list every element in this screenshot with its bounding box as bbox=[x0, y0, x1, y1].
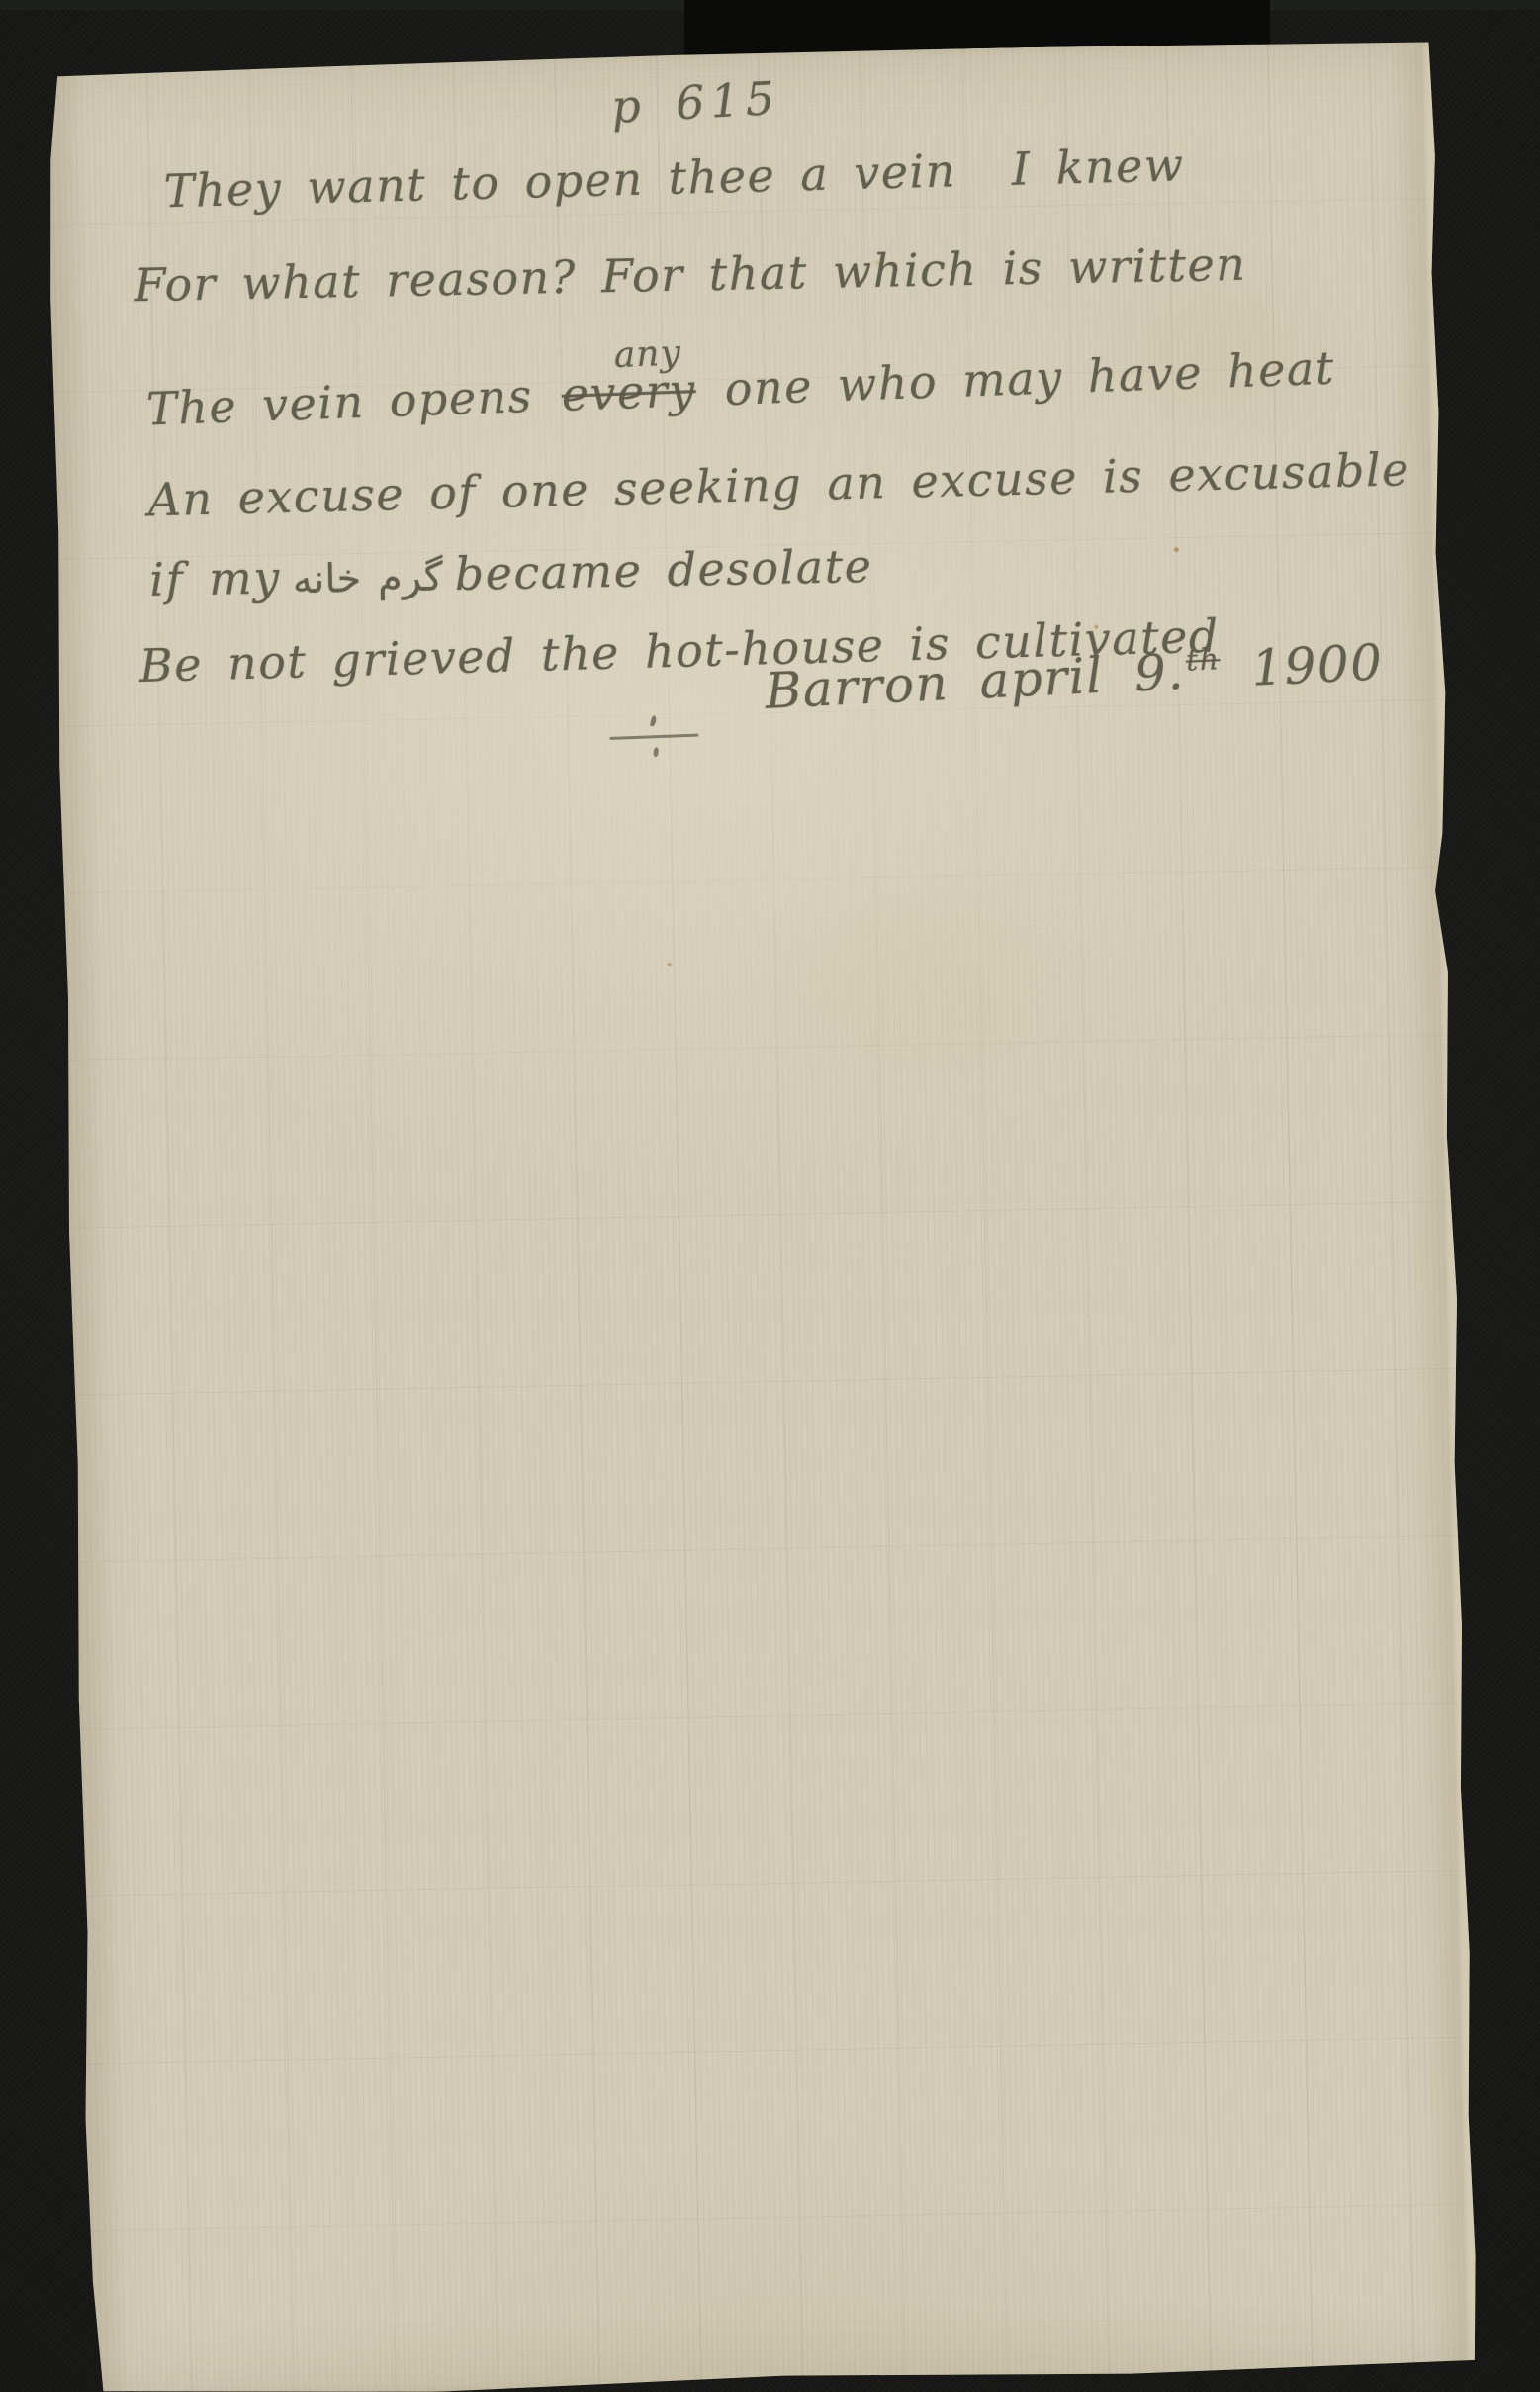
divider-dot-bottom bbox=[653, 747, 659, 758]
page-number: p 615 bbox=[610, 75, 781, 130]
signature-day: 9.th bbox=[1133, 641, 1223, 702]
foxing-speck bbox=[1174, 547, 1179, 552]
divider-rule bbox=[609, 734, 698, 740]
line5-pre: if my bbox=[149, 550, 281, 606]
line3-post: one who may have heat bbox=[724, 341, 1336, 416]
line3-pre: The vein opens bbox=[145, 369, 534, 436]
line5-post: became desolate bbox=[454, 539, 873, 600]
handwritten-line-5: if myگرم خانهbecame desolate bbox=[149, 543, 873, 602]
signature-day-ordinal: th bbox=[1185, 643, 1221, 680]
signature-name: Barron bbox=[764, 654, 950, 720]
line1-main: They want to open thee a vein bbox=[163, 143, 956, 218]
signature-month: april bbox=[978, 647, 1105, 710]
manuscript-page: p 615 They want to open thee a veinI kne… bbox=[45, 40, 1479, 2392]
persian-phrase: گرم خانه bbox=[292, 554, 443, 602]
divider-dot-top bbox=[650, 715, 657, 727]
inserted-word: any bbox=[613, 336, 681, 374]
line1-aside: I knew bbox=[1011, 138, 1185, 196]
signature-year: 1900 bbox=[1250, 633, 1385, 696]
handwritten-line-1: They want to open thee a veinI knew bbox=[163, 141, 1185, 214]
divider-mark bbox=[609, 718, 699, 754]
foxing-speck bbox=[668, 963, 672, 966]
handwritten-line-4: An excuse of one seeking an excuse is ex… bbox=[147, 446, 1410, 522]
handwritten-line-3: The vein opens anyevery one who may have… bbox=[145, 345, 1335, 432]
handwritten-line-2: For what reason? For that which is writt… bbox=[134, 241, 1247, 309]
inline-correction: anyevery bbox=[561, 367, 696, 417]
signature-day-number: 9. bbox=[1133, 643, 1186, 702]
scanned-manuscript-photo: p 615 They want to open thee a veinI kne… bbox=[0, 0, 1540, 2392]
